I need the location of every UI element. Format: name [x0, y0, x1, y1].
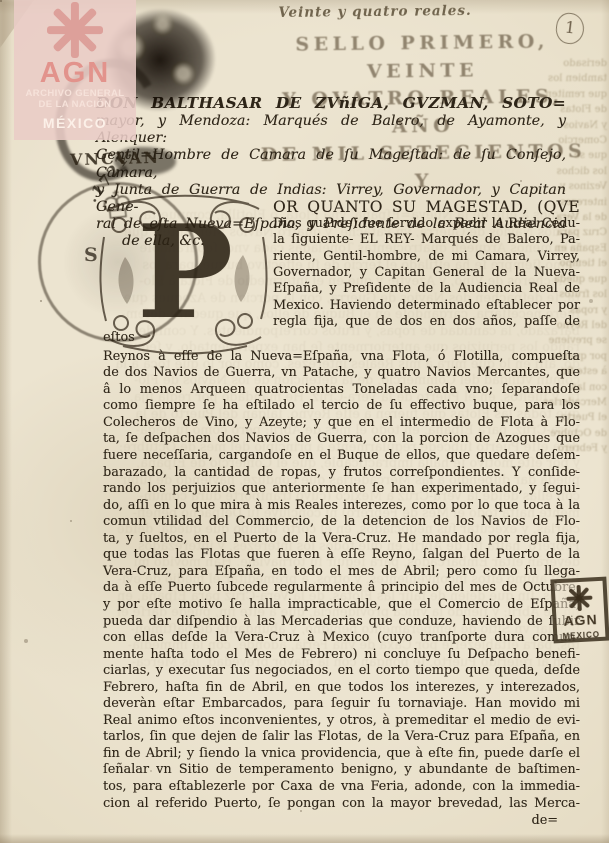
body-text-block: P OR QUANTO SU MAGESTAD, (QVE Dios guard…	[103, 199, 580, 828]
agn-stamp: AGN MEXICO	[550, 577, 609, 644]
watermark-org-line1: ARCHIVO GENERAL	[14, 88, 136, 99]
catchword: de=	[103, 813, 580, 828]
drop-cap-letter: P	[137, 198, 233, 348]
stamp-letter-fragment: S	[84, 244, 98, 266]
agn-stamp-acronym: AGN	[556, 612, 605, 629]
seal-line-1: SELLO PRIMERO, VEINTE	[257, 28, 588, 87]
agn-stamp-starburst-icon	[566, 584, 593, 611]
watermark-org-line2: DE LA NACIÓN	[14, 99, 136, 110]
body-full-lines: Reynos à eſſe de la Nueva=Eſpaña, vna Fl…	[103, 349, 580, 812]
watermark-country: MÉXICO	[14, 115, 136, 131]
paper-speckles	[0, 0, 2, 2]
starburst-icon	[47, 2, 103, 58]
drop-cap-ornament: P	[103, 201, 265, 330]
stamp-word-fragment: VNCVAN	[70, 148, 160, 169]
watermark-acronym: AGN	[14, 58, 136, 88]
handwritten-annotation: Veinte y quatro reales.	[253, 3, 497, 22]
agn-watermark: AGN ARCHIVO GENERAL DE LA NACIÓN MÉXICO	[14, 0, 136, 140]
document-page: Reynos à eſſe de la Nueva=Eſpaña, vna Fl…	[0, 0, 609, 843]
agn-stamp-country: MEXICO	[557, 630, 605, 641]
drop-cap-illustration: P	[97, 195, 269, 353]
